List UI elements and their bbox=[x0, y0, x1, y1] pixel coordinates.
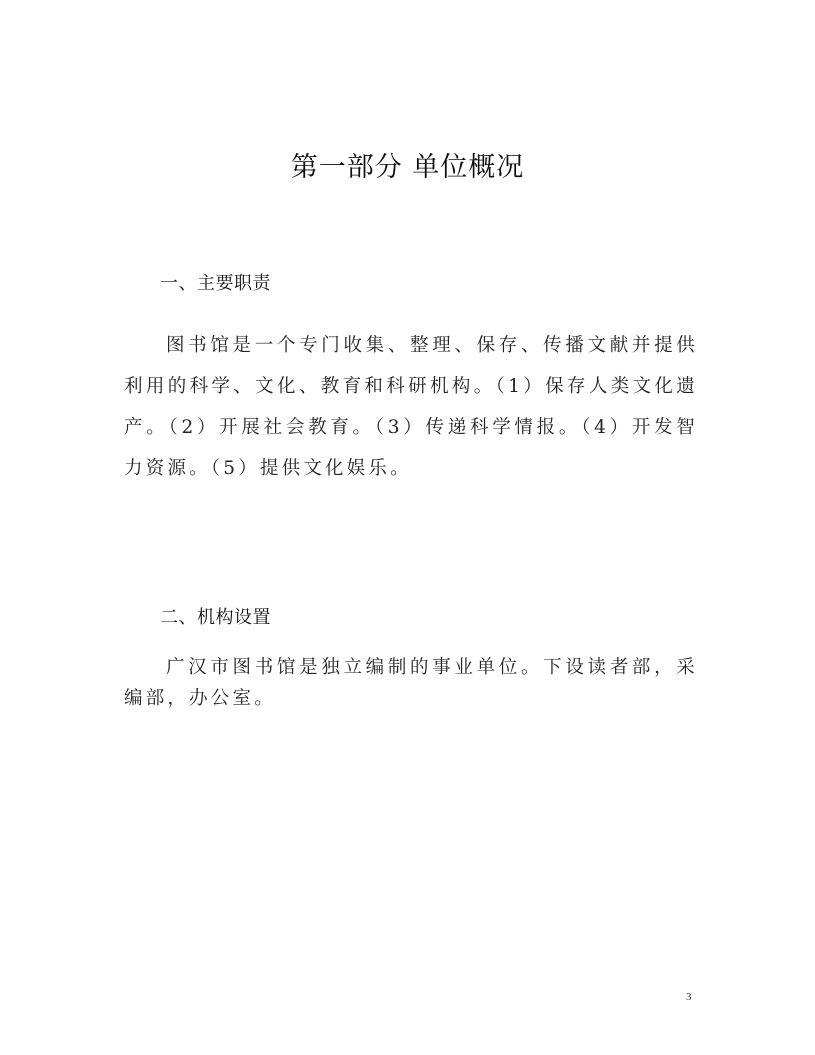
section-body-main-duties: 图书馆是一个专门收集、整理、保存、传播文献并提供利用的科学、文化、教育和科研机构… bbox=[124, 325, 698, 489]
section-body-organization: 广汉市图书馆是独立编制的事业单位。下设读者部，采编部，办公室。 bbox=[124, 652, 698, 714]
page-number: 3 bbox=[686, 991, 692, 1003]
document-page: 第一部分 单位概况 一、主要职责 图书馆是一个专门收集、整理、保存、传播文献并提… bbox=[0, 0, 815, 1055]
section-heading-organization: 二、机构设置 bbox=[160, 605, 271, 631]
section-heading-main-duties: 一、主要职责 bbox=[160, 271, 271, 297]
page-title: 第一部分 单位概况 bbox=[0, 148, 815, 188]
